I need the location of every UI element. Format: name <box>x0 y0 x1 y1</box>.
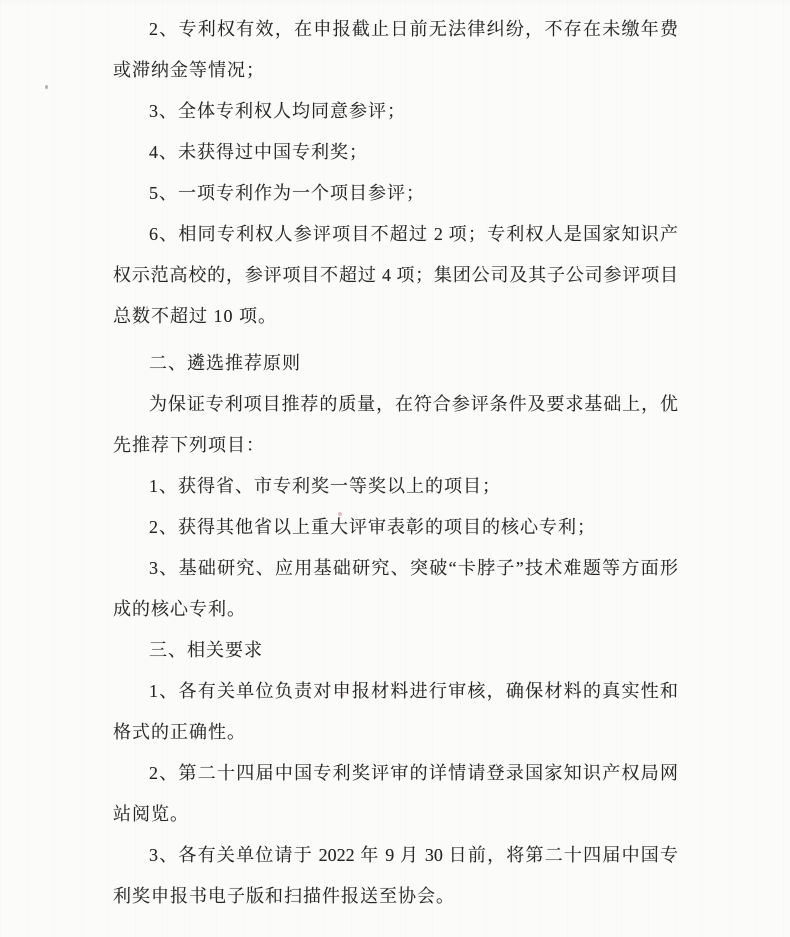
document-line: 成的核心专利。 <box>113 589 678 630</box>
document-line: 权示范高校的，参评项目不超过 4 项；集团公司及其子公司参评项目 <box>113 255 678 296</box>
document-line: 4、未获得过中国专利奖； <box>113 132 678 173</box>
document-line: 先推荐下列项目： <box>113 425 678 466</box>
scanned-document: 2、专利权有效，在申报截止日前无法律纠纷，不存在未缴年费 或滞纳金等情况； 3、… <box>0 0 790 937</box>
document-line: 6、相同专利权人参评项目不超过 2 项；专利权人是国家知识产 <box>113 214 678 255</box>
document-line: 3、基础研究、应用基础研究、突破“卡脖子”技术难题等方面形 <box>113 548 678 589</box>
document-line: 3、各有关单位请于 2022 年 9 月 30 日前，将第二十四届中国专 <box>113 835 678 876</box>
document-line: 或滞纳金等情况； <box>113 50 678 91</box>
document-line: 2、获得其他省以上重大评审表彰的项目的核心专利； <box>113 507 678 548</box>
document-line: 利奖申报书电子版和扫描件报送至协会。 <box>113 876 678 917</box>
document-line: 5、一项专利作为一个项目参评； <box>113 173 678 214</box>
document-line: 站阅览。 <box>113 794 678 835</box>
document-line: 2、专利权有效，在申报截止日前无法律纠纷，不存在未缴年费 <box>113 9 678 50</box>
document-line: 总数不超过 10 项。 <box>113 296 678 337</box>
document-line: 2、第二十四届中国专利奖评审的详情请登录国家知识产权局网 <box>113 753 678 794</box>
document-line: 为保证专利项目推荐的质量，在符合参评条件及要求基础上，优 <box>113 384 678 425</box>
scan-speck <box>45 85 48 89</box>
document-line: 3、全体专利权人均同意参评； <box>113 91 678 132</box>
document-line: 1、获得省、市专利奖一等奖以上的项目； <box>113 466 678 507</box>
section-heading: 三、相关要求 <box>113 630 678 671</box>
document-line: 1、各有关单位负责对申报材料进行审核，确保材料的真实性和 <box>113 671 678 712</box>
section-heading: 二、遴选推荐原则 <box>113 343 678 384</box>
document-page: 2、专利权有效，在申报截止日前无法律纠纷，不存在未缴年费 或滞纳金等情况； 3、… <box>113 9 678 917</box>
document-line: 格式的正确性。 <box>113 712 678 753</box>
